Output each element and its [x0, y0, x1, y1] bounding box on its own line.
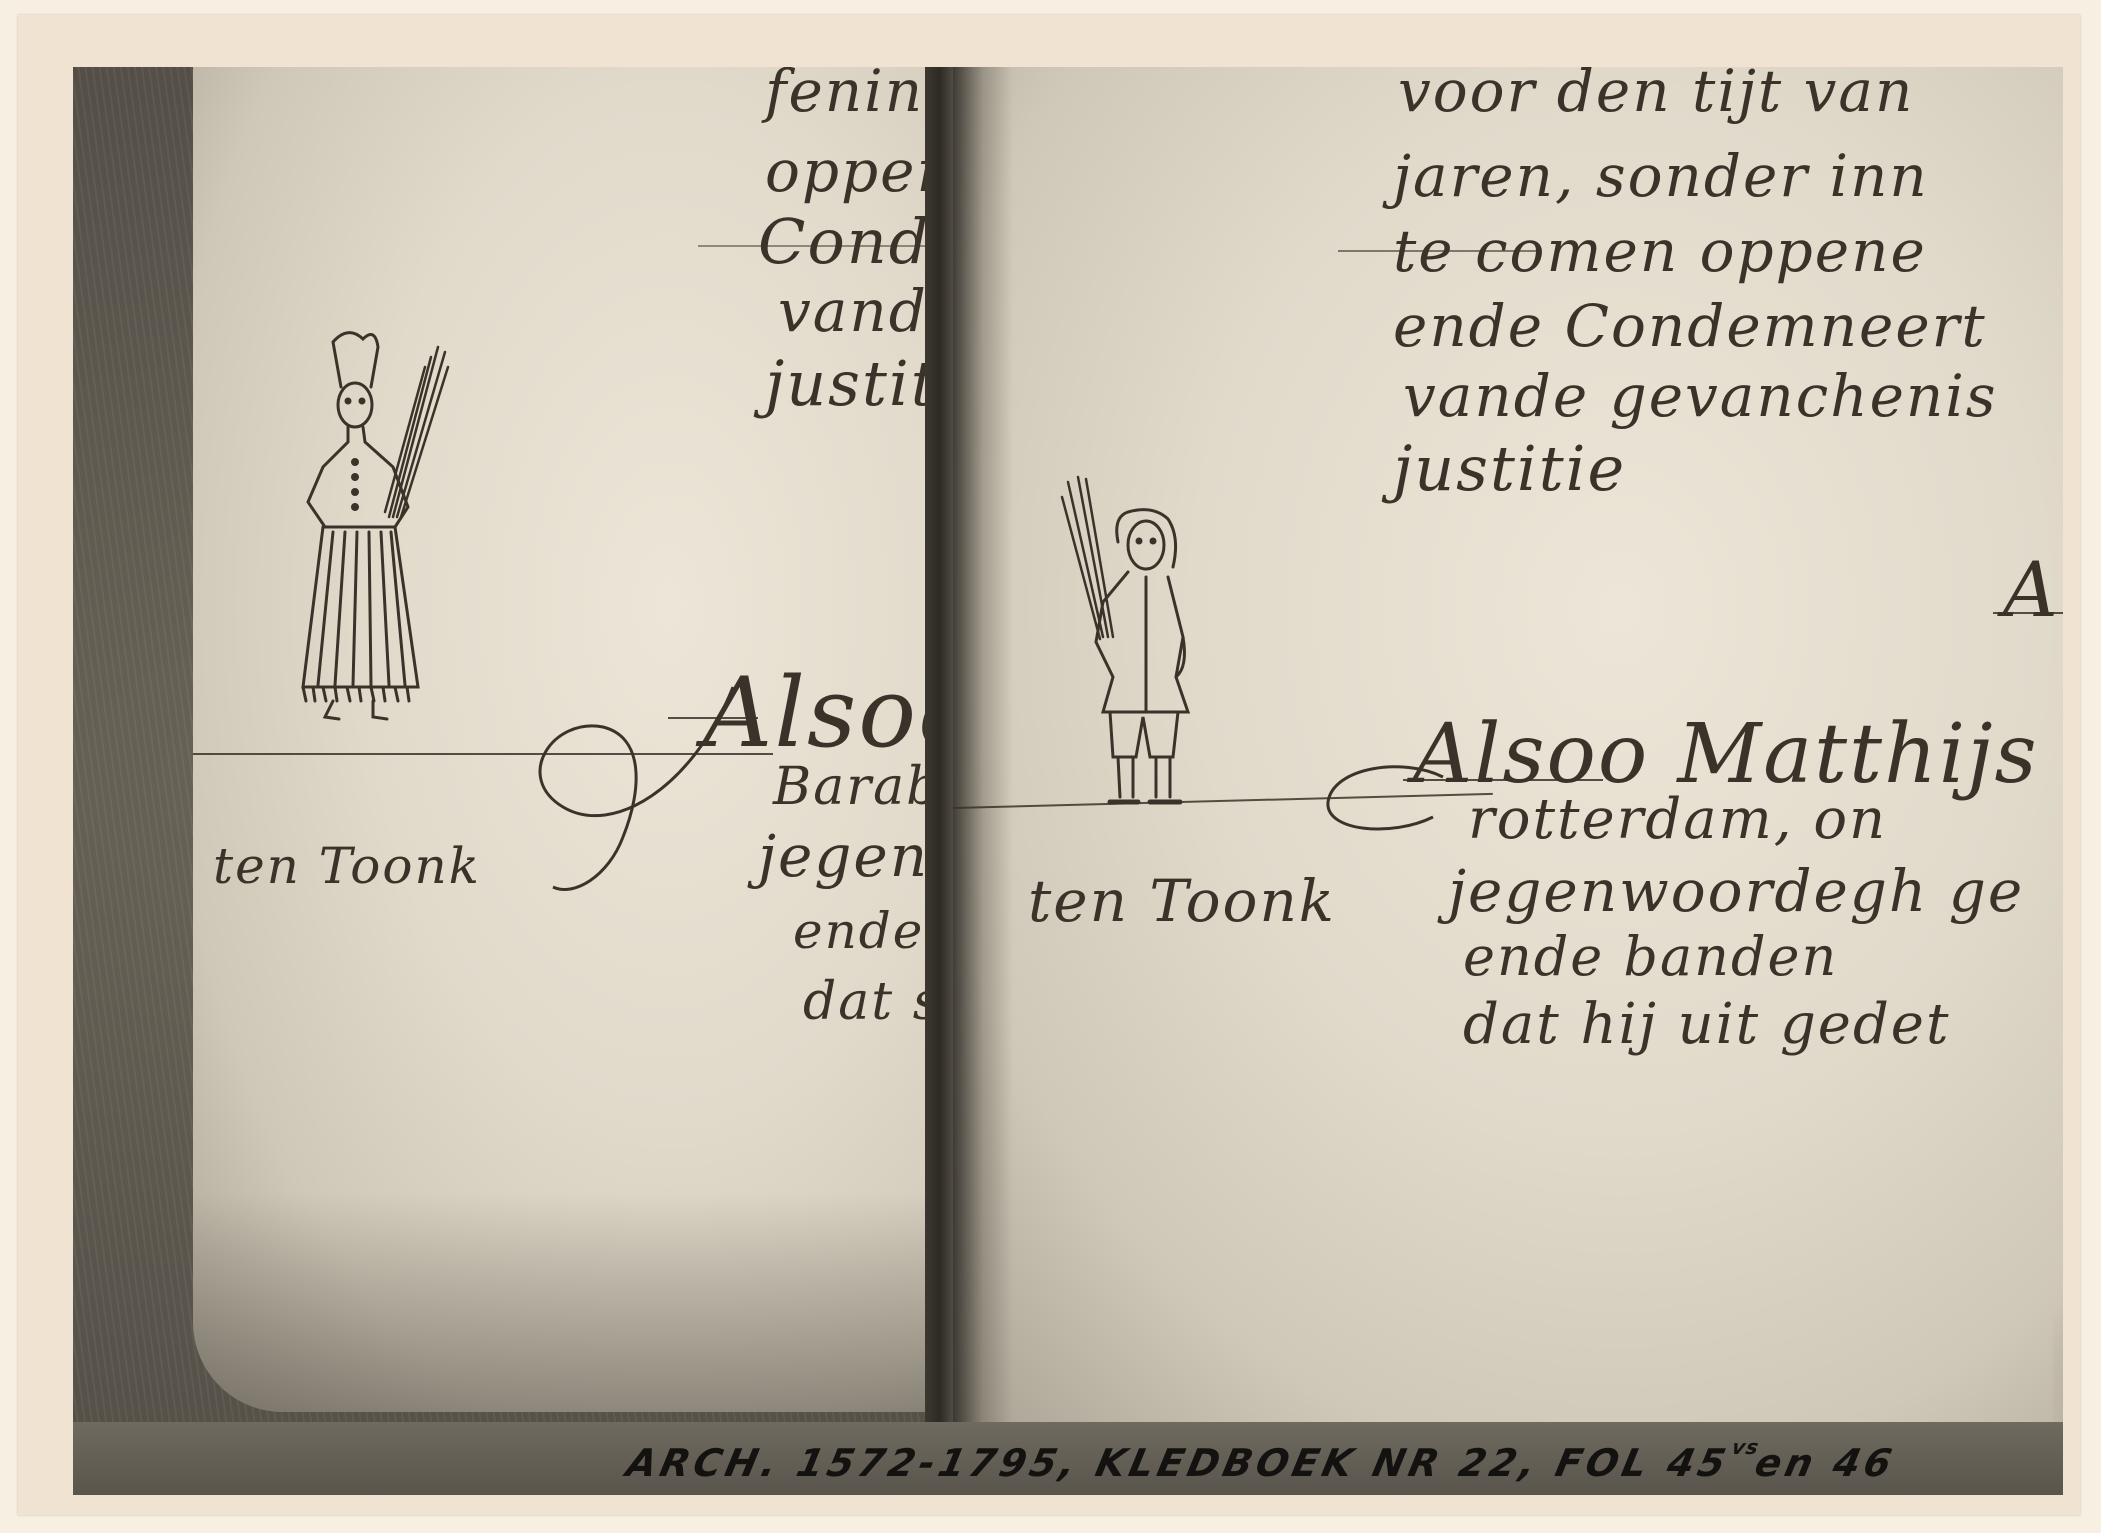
right-line-4: ende Condemneert — [1393, 292, 1987, 360]
archival-photograph: fenine oppene Conden vande justit — [73, 67, 2063, 1495]
caption-suffix: en 46 — [1751, 1441, 1899, 1485]
strike-line — [698, 245, 948, 247]
right-line-2: jaren, sonder inn — [1393, 142, 1929, 210]
right-line-1: voor den tijt van — [1398, 67, 1914, 125]
left-page: fenine oppene Conden vande justit — [193, 67, 985, 1412]
man-figure-drawing — [1058, 467, 1208, 817]
water-stain — [2053, 1187, 2063, 1427]
flourish-loop — [493, 667, 753, 927]
right-entry-line-3: ende banden — [1463, 925, 1838, 988]
right-line-6: justitie — [1393, 432, 1626, 505]
left-line-5: justit — [765, 347, 938, 420]
right-line-5: vande gevanchenis — [1403, 362, 1998, 430]
right-fragment-heading: Ac — [2003, 545, 2063, 634]
left-margin-note: ten Toonk — [213, 837, 481, 895]
book-gutter — [925, 67, 955, 1427]
caption-main: ARCH. 1572-1795, KLEDBOEK NR 22, FOL 45 — [623, 1441, 1734, 1485]
strike-line-right — [1338, 250, 1538, 252]
photo-mount: fenine oppene Conden vande justit — [18, 15, 2080, 1515]
right-entry-line-4: dat hij uit gedet — [1463, 992, 1950, 1057]
woman-figure-drawing — [293, 327, 453, 747]
flourish-loop-right — [1313, 757, 1453, 847]
right-entry-line-2: jegenwoordegh ge — [1448, 857, 2024, 925]
right-entry-line-1: rotterdam, on — [1468, 787, 1887, 852]
right-margin-note: ten Toonk — [1028, 867, 1336, 935]
right-page: voor den tijt van jaren, sonder inn te c… — [953, 67, 2063, 1422]
left-entry-line-4: dat s — [803, 972, 941, 1032]
archive-reference-caption: ARCH. 1572-1795, KLEDBOEK NR 22, FOL 45v… — [623, 1435, 1901, 1485]
